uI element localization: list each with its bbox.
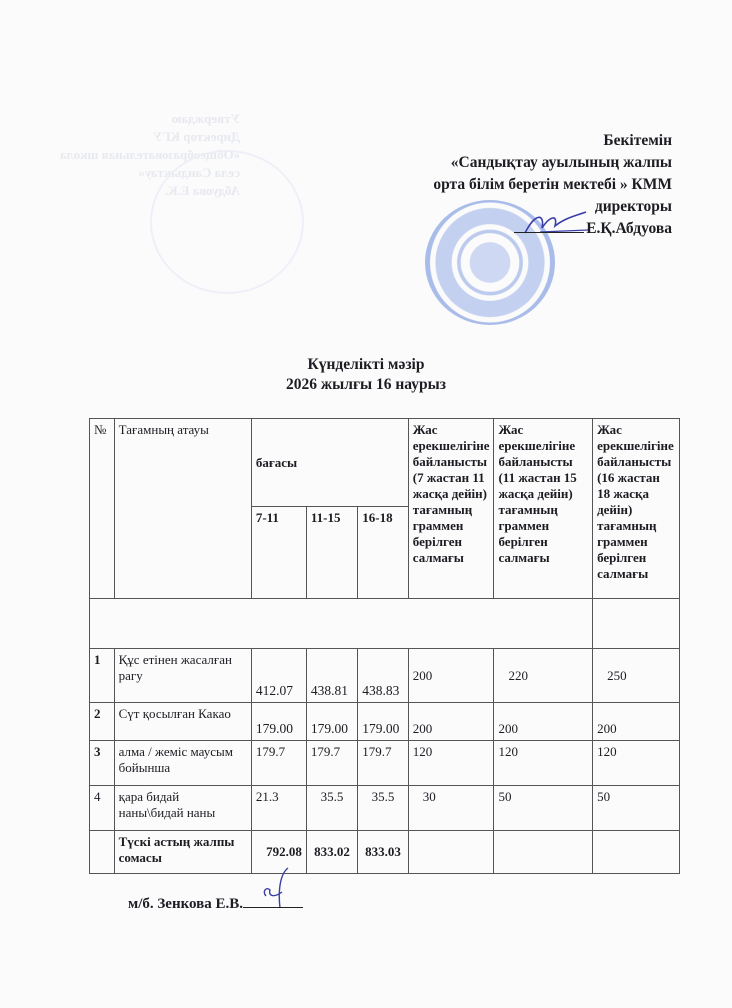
weight-cell: 120 [593,741,680,786]
approval-line: орта білім беретін мектебі » КММ [433,174,672,196]
header-weight-16-18: Жас ерекшелігіне байланысты (16 жастан 1… [593,419,680,599]
approval-line: Бекітемін [433,130,672,152]
header-price: бағасы [251,419,408,507]
table-row: 1 Құс етінен жасалған рагу 412.07 438.81… [90,649,680,703]
signature-line [243,907,303,908]
row-no: 1 [90,649,115,703]
price-cell: 179.7 [251,741,306,786]
dish-name: қара бидай наны\бидай наны [114,786,251,831]
bleed-through-seal [150,150,304,294]
menu-date: 2026 жылғы 16 наурыз [0,375,732,395]
approval-line: директоры [433,196,672,218]
dish-name: Құс етінен жасалған рагу [114,649,251,703]
weight-cell: 50 [494,786,593,831]
signature-line [514,232,584,233]
weight-cell: 220 [494,649,593,703]
row-no: 3 [90,741,115,786]
weight-cell: 200 [593,703,680,741]
empty-cell [593,831,680,874]
price-cell: 35.5 [306,786,357,831]
page-title: Күнделікті мәзір 2026 жылғы 16 наурыз [0,355,732,395]
menu-title: Күнделікті мәзір [0,355,732,375]
table-row: 3 алма / жеміс маусым бойынша 179.7 179.… [90,741,680,786]
header-no: № [90,419,115,599]
weight-cell: 200 [408,703,494,741]
empty-row [90,599,680,649]
total-price: 833.03 [358,831,409,874]
price-cell: 21.3 [251,786,306,831]
empty-cell [494,831,593,874]
weight-cell: 120 [408,741,494,786]
total-row: Түскі астың жалпы сомасы 792.08 833.02 8… [90,831,680,874]
price-cell: 179.7 [358,741,409,786]
header-dish-name: Тағамның атауы [114,419,251,599]
weight-cell: 50 [593,786,680,831]
empty-cell [593,599,680,649]
weight-cell: 30 [408,786,494,831]
price-cell: 179.7 [306,741,357,786]
age-group: 11-15 [306,507,357,599]
header-weight-11-15: Жас ерекшелігіне байланысты (11 жастан 1… [494,419,593,599]
age-group: 7-11 [251,507,306,599]
price-cell: 438.81 [306,649,357,703]
price-cell: 179.00 [358,703,409,741]
table-row: 2 Сүт қосылған Какао 179.00 179.00 179.0… [90,703,680,741]
age-group: 16-18 [358,507,409,599]
weight-cell: 250 [593,649,680,703]
price-cell: 412.07 [251,649,306,703]
empty-cell [408,831,494,874]
approval-signer: Е.Қ.Абдуова [433,218,672,240]
row-no: 4 [90,786,115,831]
approval-line: «Сандықтау ауылының жалпы [433,152,672,174]
dish-name: Сүт қосылған Какао [114,703,251,741]
price-cell: 179.00 [306,703,357,741]
price-cell: 35.5 [358,786,409,831]
weight-cell: 200 [408,649,494,703]
empty-cell [90,599,593,649]
total-price: 833.02 [306,831,357,874]
dish-name: алма / жеміс маусым бойынша [114,741,251,786]
row-no: 2 [90,703,115,741]
header-weight-7-11: Жас ерекшелігіне байланысты (7 жастан 11… [408,419,494,599]
weight-cell: 200 [494,703,593,741]
price-cell: 179.00 [251,703,306,741]
table-row: 4 қара бидай наны\бидай наны 21.3 35.5 3… [90,786,680,831]
total-label: Түскі астың жалпы сомасы [114,831,251,874]
approval-block: Бекітемін «Сандықтау ауылының жалпы орта… [433,130,672,240]
signatory-name: м/б. Зенкова Е.В. [128,896,243,912]
director-name: Е.Қ.Абдуова [586,220,672,237]
menu-table: № Тағамның атауы бағасы Жас ерекшелігіне… [89,418,680,874]
header-row: № Тағамның атауы бағасы Жас ерекшелігіне… [90,419,680,507]
price-cell: 438.83 [358,649,409,703]
weight-cell: 120 [494,741,593,786]
footer-signature: м/б. Зенкова Е.В. [128,896,305,913]
empty-cell [90,831,115,874]
